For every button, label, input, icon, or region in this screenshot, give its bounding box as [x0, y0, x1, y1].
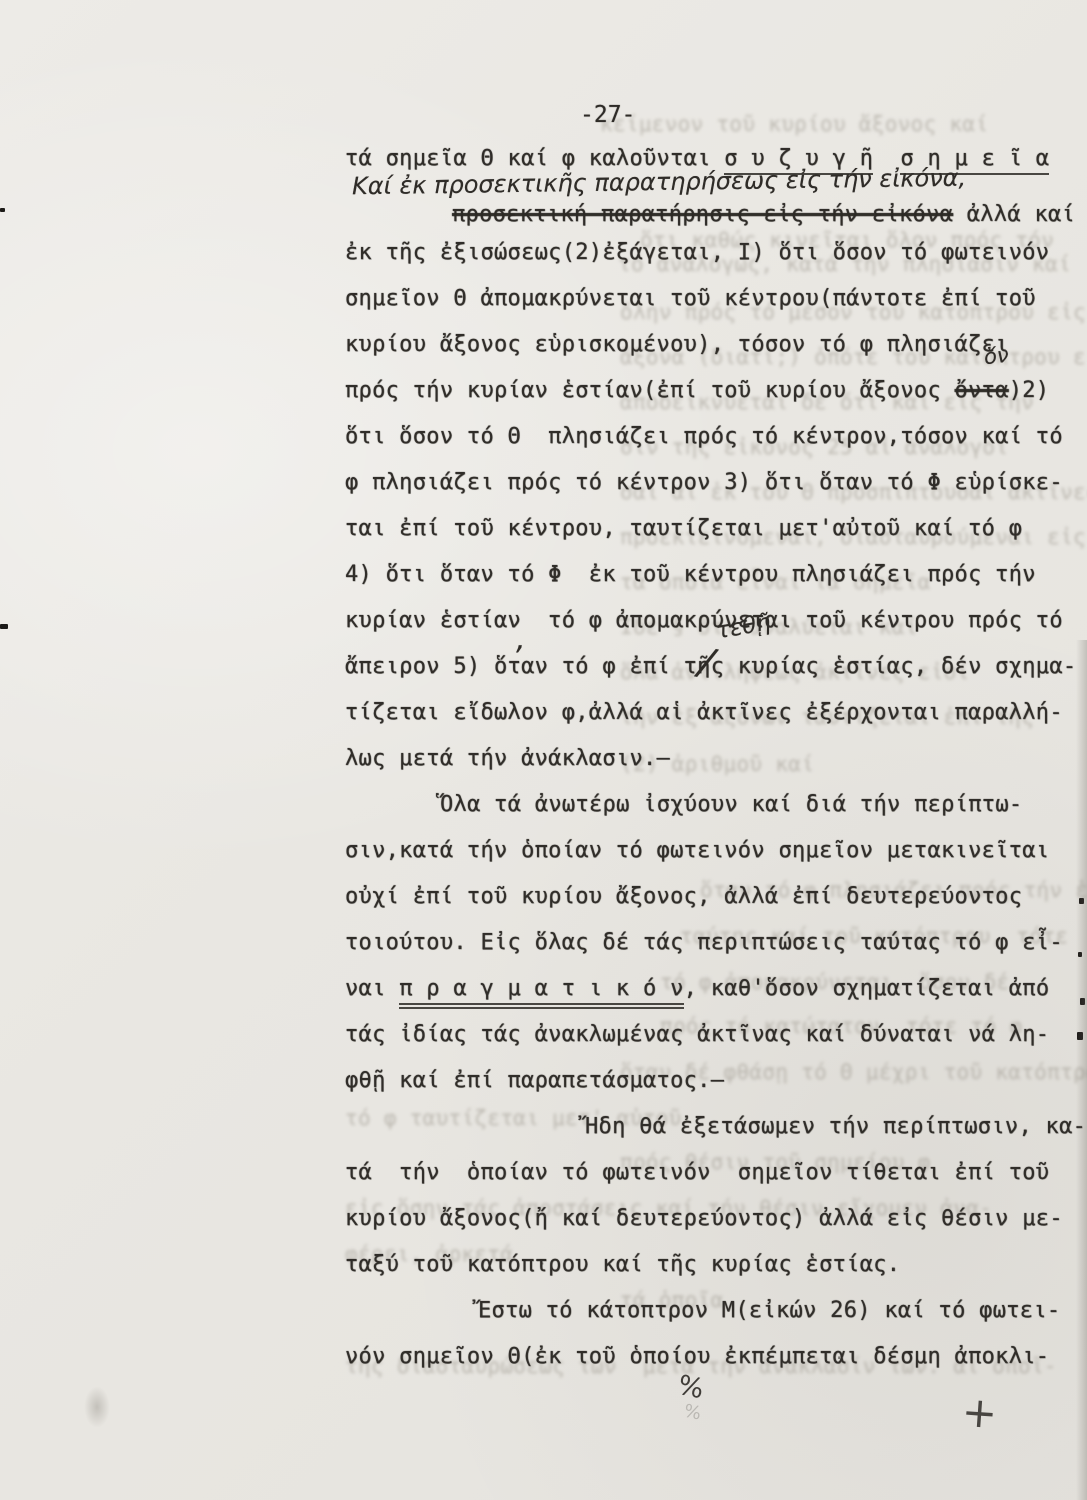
scanned-page: κείμενον τοῦ κυρίου ἄξονος καίὅτι καθώς …: [0, 0, 1087, 1500]
typed-line: λως μετά τήν ἀνάκλασιν.—: [345, 746, 670, 771]
ink-mark: %: [682, 1400, 703, 1424]
typed-text: ται ἐπί τοῦ κέντρου, ταυτίζεται μετ'αὐτο…: [345, 516, 1022, 541]
typed-text: τίζεται εἴδωλον φ,ἀλλά αἱ ἀκτῖνες ἐξέρχο…: [345, 700, 1063, 725]
typed-text: τοιούτου. Εἰς ὅλας δέ τάς περιπτώσεις τα…: [345, 930, 1063, 955]
typed-line: ὅτι ὅσον τό Θ πλησιάζει πρός τό κέντρον,…: [345, 424, 1063, 449]
typed-line: κυρίαν ἑστίαν τό φ ἀπομακρύνεται τοῦ κέν…: [345, 608, 1063, 633]
typed-text: Ἔστω τό κάτοπτρον Μ(εἰκών 26) καί τό φωτ…: [478, 1298, 1060, 1323]
ink-mark: ·: [836, 1346, 842, 1370]
typed-line: τίζεται εἴδωλον φ,ἀλλά αἱ ἀκτῖνες ἐξέρχο…: [345, 700, 1063, 725]
typed-text: φθῇ καί ἐπί παραπετάσματος.—: [345, 1068, 724, 1093]
typed-text: τά τήν ὁποίαν τό φωτεινόν σημεῖον τίθετα…: [345, 1160, 1049, 1185]
typed-text: ἀλλά καί: [953, 202, 1075, 227]
typed-line: πρός τήν κυρίαν ἑστίαν(ἐπί τοῦ κυρίου ἄξ…: [345, 378, 1049, 403]
typed-text: ναι: [345, 976, 399, 1001]
ink-mark: +: [960, 1387, 999, 1438]
scan-edge-mark: [0, 208, 5, 212]
typed-line: Ὅλα τά ἀνωτέρω ἰσχύουν καί διά τήν περίπ…: [440, 792, 1022, 817]
typed-line: τάς ἰδίας τάς ἀνακλωμένας ἀκτῖνας καί δύ…: [345, 1022, 1049, 1047]
typed-line: προσεκτική παρατήρησις εἰς τήν εἰκόνα ἀλ…: [452, 202, 1075, 227]
typed-text: κυρίου ἄξονος εὑρισκομένου), τόσον τό φ …: [345, 332, 1009, 357]
typed-text: πρός τήν κυρίαν ἑστίαν(ἐπί τοῦ κυρίου ἄξ…: [345, 378, 955, 403]
typed-text: νόν σημεῖον Θ(ἐκ τοῦ ὁποίου ἐκπέμπεται δ…: [345, 1344, 1049, 1369]
typed-line: φθῇ καί ἐπί παραπετάσματος.—: [345, 1068, 724, 1093]
struck-text: ὄντα: [955, 378, 1009, 403]
typed-line: νόν σημεῖον Θ(ἐκ τοῦ ὁποίου ἐκπέμπεται δ…: [345, 1344, 1049, 1369]
typed-text: Ἤδη θά ἐξετάσωμεν τήν περίπτωσιν, κα-: [585, 1114, 1086, 1139]
typed-line: ἐκ τῆς ἐξισώσεως(2)ἐξάγεται, Ι) ὅτι ὅσον…: [345, 240, 1049, 265]
typed-line: φ πλησιάζει πρός τό κέντρον 3) ὅτι ὅταν …: [345, 470, 1063, 495]
typed-line: κυρίου ἄξονος(ἤ καί δευτερεύοντος) ἀλλά …: [345, 1206, 1063, 1231]
typed-text: ἐκ τῆς ἐξισώσεως(2)ἐξάγεται, Ι) ὅτι ὅσον…: [345, 240, 1049, 265]
typed-line: οὐχί ἐπί τοῦ κυρίου ἄξονος, ἀλλά ἐπί δευ…: [345, 884, 1022, 909]
typed-text: ταξύ τοῦ κατόπτρου καί τῆς κυρίας ἑστίας…: [345, 1252, 900, 1277]
paper-smudge: [84, 1386, 110, 1428]
typed-line: 4) ὅτι ὅταν τό Φ ἐκ τοῦ κέντρου πλησιάζε…: [345, 562, 1036, 587]
typed-line: κυρίου ἄξονος εὑρισκομένου), τόσον τό φ …: [345, 332, 1009, 357]
scan-edge-shadow: [1076, 640, 1087, 1500]
ink-mark: ·: [540, 1254, 545, 1273]
typed-text: κυρίαν ἑστίαν τό φ ἀπομακρύνεται τοῦ κέν…: [345, 608, 1063, 633]
typed-text: , καθ'ὅσον σχηματίζεται ἀπό: [684, 976, 1050, 1001]
typed-text: φ πλησιάζει πρός τό κέντρον 3) ὅτι ὅταν …: [345, 470, 1063, 495]
typed-line: Ἤδη θά ἐξετάσωμεν τήν περίπτωσιν, κα-: [585, 1114, 1086, 1139]
typed-line: τά τήν ὁποίαν τό φωτεινόν σημεῖον τίθετα…: [345, 1160, 1049, 1185]
handwritten-annotation: ,: [516, 622, 526, 657]
typed-line: ταξύ τοῦ κατόπτρου καί τῆς κυρίας ἑστίας…: [345, 1252, 900, 1277]
ink-mark: %: [675, 1370, 707, 1406]
bleedthrough-text-line: κείμενον τοῦ κυρίου ἄξονος καί: [600, 112, 988, 136]
typed-text: 4) ὅτι ὅταν τό Φ ἐκ τοῦ κέντρου πλησιάζε…: [345, 562, 1036, 587]
struck-text: προσεκτική παρατήρησις εἰς τήν εἰκόνα: [452, 202, 953, 227]
typed-text: Ὅλα τά ἀνωτέρω ἰσχύουν καί διά τήν περίπ…: [440, 792, 1022, 817]
typed-text: σιν,κατά τήν ὁποίαν τό φωτεινόν σημεῖον …: [345, 838, 1049, 863]
page-number: -27-: [580, 102, 635, 128]
typed-text: κυρίου ἄξονος(ἤ καί δευτερεύοντος) ἀλλά …: [345, 1206, 1063, 1231]
typed-text: σημεῖον Θ ἀπομακρύνεται τοῦ κέντρου(πάντ…: [345, 286, 1036, 311]
typed-line: Ἔστω τό κάτοπτρον Μ(εἰκών 26) καί τό φωτ…: [478, 1298, 1060, 1323]
underlined-text: π ρ α γ μ α τ ι κ ό ν: [399, 976, 683, 1009]
typed-line: τοιούτου. Εἰς ὅλας δέ τάς περιπτώσεις τα…: [345, 930, 1063, 955]
handwritten-annotation: ὄν: [983, 343, 1010, 369]
typed-text: ὅτι ὅσον τό Θ πλησιάζει πρός τό κέντρον,…: [345, 424, 1063, 449]
typed-line: σιν,κατά τήν ὁποίαν τό φωτεινόν σημεῖον …: [345, 838, 1049, 863]
typed-line: ται ἐπί τοῦ κέντρου, ταυτίζεται μετ'αὐτο…: [345, 516, 1022, 541]
typed-text: τάς ἰδίας τάς ἀνακλωμένας ἀκτῖνας καί δύ…: [345, 1022, 1049, 1047]
scan-edge-mark: [0, 624, 8, 629]
typed-text: )2): [1009, 378, 1050, 403]
typed-line: ναι π ρ α γ μ α τ ι κ ό ν, καθ'ὅσον σχημ…: [345, 976, 1049, 1001]
typed-line: σημεῖον Θ ἀπομακρύνεται τοῦ κέντρου(πάντ…: [345, 286, 1036, 311]
typed-text: οὐχί ἐπί τοῦ κυρίου ἄξονος, ἀλλά ἐπί δευ…: [345, 884, 1022, 909]
typed-text: λως μετά τήν ἀνάκλασιν.—: [345, 746, 670, 771]
